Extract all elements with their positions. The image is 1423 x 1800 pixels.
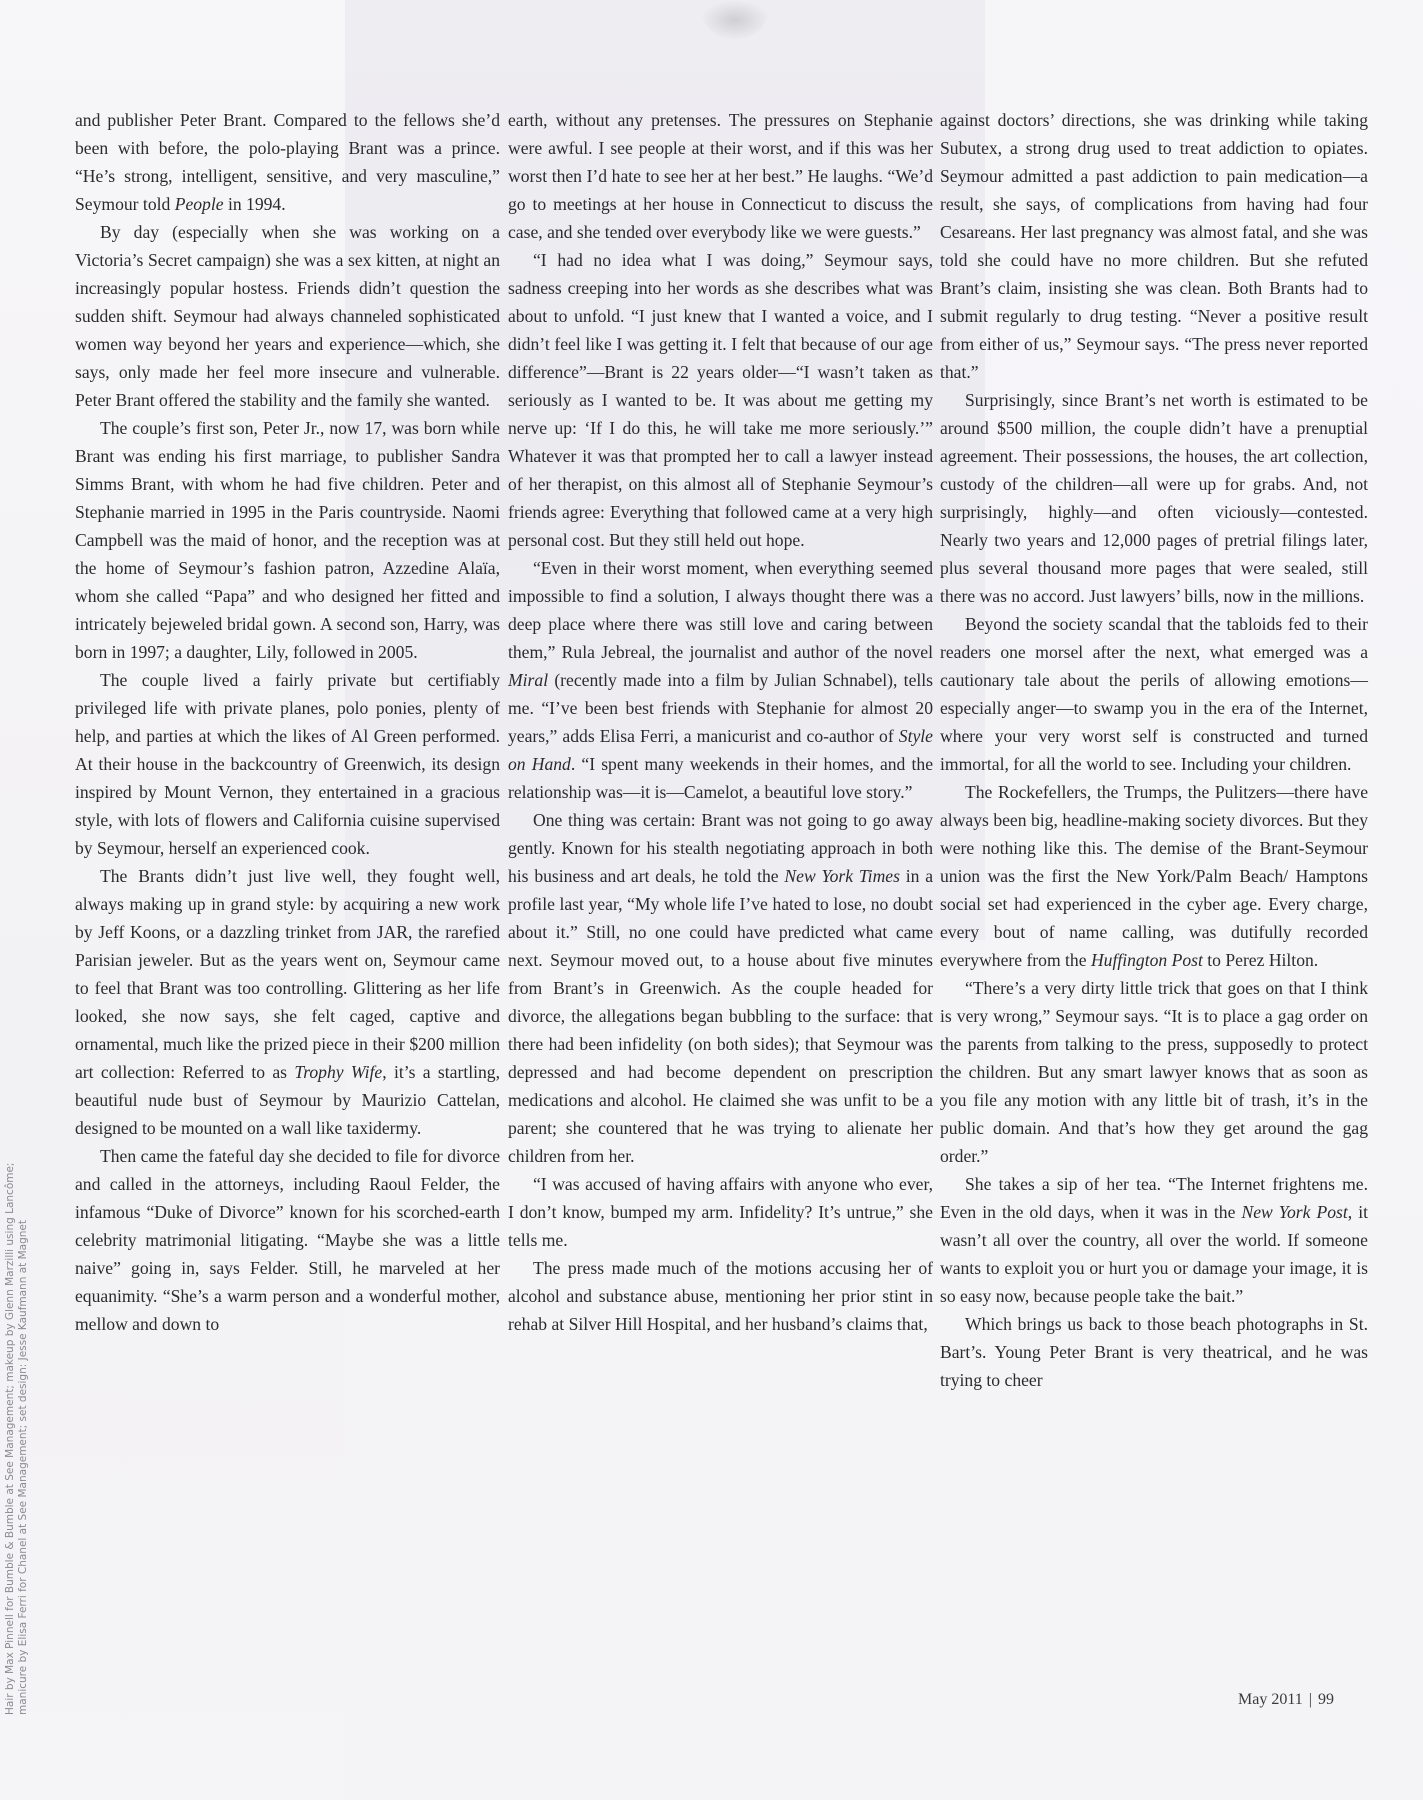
text-column-2: earth, without any pretenses. The pressu… <box>508 106 933 1338</box>
article-paragraph: The press made much of the motions ac­cu… <box>508 1254 933 1338</box>
paragraph-text: “There’s a very dirty little trick that … <box>940 978 1368 1166</box>
print-smudge <box>700 0 770 40</box>
article-paragraph: The couple’s first son, Peter Jr., now 1… <box>75 414 500 666</box>
paragraph-text: The couple lived a fairly private but ce… <box>75 670 500 858</box>
photo-credits: Hair by Max Pinnell for Bumble & Bumble … <box>4 955 30 1715</box>
paragraph-text: The Rockefellers, the Trumps, the Pul­it… <box>940 782 1368 970</box>
article-paragraph: earth, without any pretenses. The pressu… <box>508 106 933 246</box>
italic-title: New York Times <box>784 866 900 886</box>
paragraph-text: against doctors’ directions, she was dri… <box>940 110 1368 382</box>
text-column-1: and publisher Peter Brant. Compared to t… <box>75 106 500 1338</box>
paragraph-text: to Perez Hilton. <box>1203 950 1318 970</box>
paragraph-text: Then came the fateful day she decided to… <box>75 1146 500 1334</box>
italic-title: People <box>175 194 224 214</box>
paragraph-text: By day (especially when she was working … <box>75 222 500 410</box>
paragraph-text: Which brings us back to those beach pho­… <box>940 1314 1368 1390</box>
article-paragraph: The couple lived a fairly private but ce… <box>75 666 500 862</box>
text-column-3: against doctors’ directions, she was dri… <box>940 106 1368 1394</box>
article-paragraph: Then came the fateful day she decided to… <box>75 1142 500 1338</box>
article-paragraph: “Even in their worst moment, when every­… <box>508 554 933 806</box>
paragraph-text: “I had no idea what I was doing,” Seymou… <box>508 250 933 550</box>
paragraph-text: in 1994. <box>224 194 286 214</box>
article-paragraph: against doctors’ directions, she was dri… <box>940 106 1368 386</box>
article-paragraph: The Rockefellers, the Trumps, the Pul­it… <box>940 778 1368 974</box>
article-paragraph: Surprisingly, since Brant’s net worth is… <box>940 386 1368 610</box>
paragraph-text: earth, without any pretenses. The pressu… <box>508 110 933 242</box>
article-paragraph: One thing was certain: Brant was not goi… <box>508 806 933 1170</box>
page-folio: May 2011|99 <box>1238 1691 1334 1709</box>
article-paragraph: The Brants didn’t just live well, they f… <box>75 862 500 1142</box>
italic-title: New York Post <box>1241 1202 1347 1222</box>
article-paragraph: “I was accused of having affairs with an… <box>508 1170 933 1254</box>
article-paragraph: Beyond the society scandal that the tabl… <box>940 610 1368 778</box>
article-paragraph: and publisher Peter Brant. Compared to t… <box>75 106 500 218</box>
page-number: 99 <box>1318 1691 1334 1708</box>
paragraph-text: “Even in their worst moment, when every­… <box>508 558 933 662</box>
italic-title: Trophy Wife <box>294 1062 382 1082</box>
italic-title: Huffington Post <box>1091 950 1203 970</box>
paragraph-text: The couple’s first son, Peter Jr., now 1… <box>75 418 500 662</box>
italic-title: Miral <box>508 670 548 690</box>
paragraph-text: (recently made into a film by Julian Sch… <box>508 670 933 746</box>
article-paragraph: “There’s a very dirty little trick that … <box>940 974 1368 1170</box>
paragraph-text: Beyond the society scandal that the tabl… <box>940 614 1368 774</box>
article-paragraph: “I had no idea what I was doing,” Seymou… <box>508 246 933 554</box>
folio-separator: | <box>1309 1691 1312 1708</box>
paragraph-text: Surprisingly, since Brant’s net worth is… <box>940 390 1368 606</box>
paragraph-text: and publisher Peter Brant. Compared to t… <box>75 110 500 214</box>
paragraph-text: “I was accused of having affairs with an… <box>508 1174 933 1250</box>
paragraph-text: The press made much of the motions ac­cu… <box>508 1258 933 1334</box>
article-paragraph: By day (especially when she was working … <box>75 218 500 414</box>
folio-date: May 2011 <box>1238 1691 1303 1708</box>
credits-line-2: manicure by Elisa Ferri for Chanel at Se… <box>17 955 30 1715</box>
article-paragraph: Which brings us back to those beach pho­… <box>940 1310 1368 1394</box>
paragraph-text: in a profile last year, “My whole life I… <box>508 866 933 1166</box>
article-paragraph: She takes a sip of her tea. “The Interne… <box>940 1170 1368 1310</box>
paragraph-text: . “I spent many weekends in their homes,… <box>508 754 933 802</box>
paragraph-text: The Brants didn’t just live well, they f… <box>75 866 500 1082</box>
credits-line-1: Hair by Max Pinnell for Bumble & Bumble … <box>4 955 17 1715</box>
